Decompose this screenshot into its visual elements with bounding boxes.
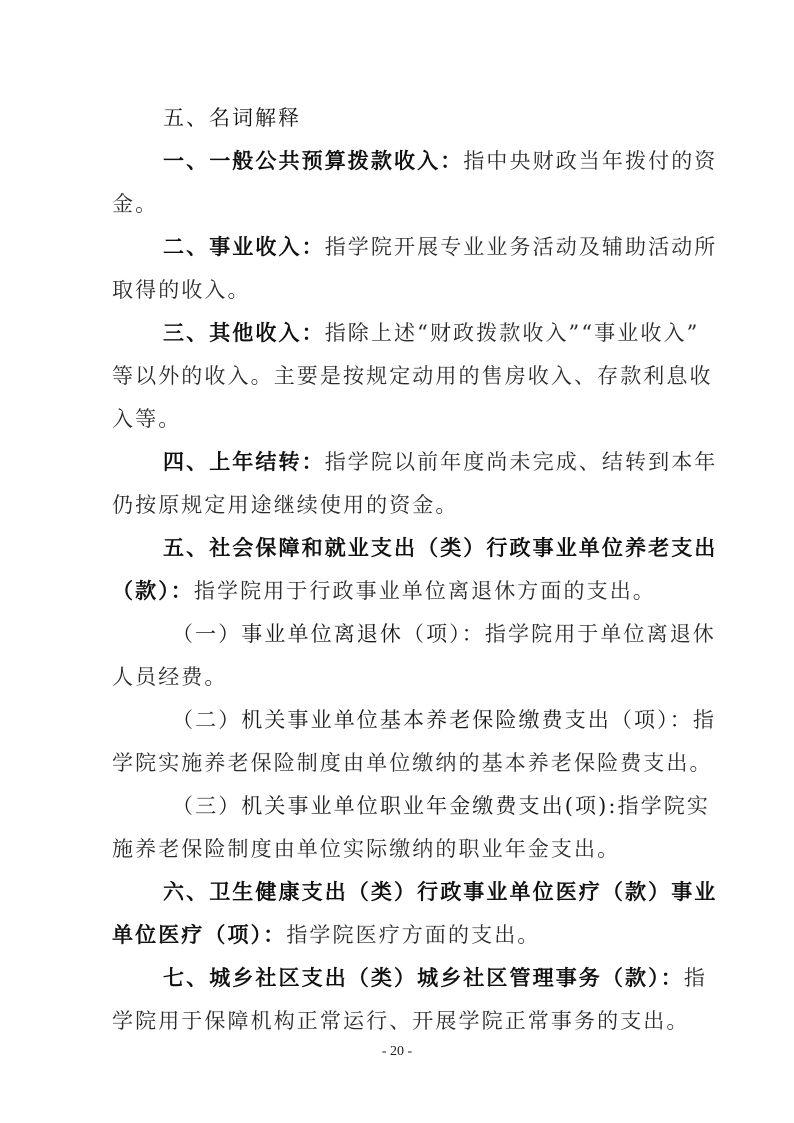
- definition-social-security: 五、社会保障和就业支出（类）行政事业单位养老支出: [163, 534, 674, 562]
- definition-continuation: 学院用于保障机构正常运行、开展学院正常事务的支出。: [112, 1007, 674, 1035]
- term: 二、事业收入：: [163, 234, 325, 259]
- definition-business-income: 二、事业收入：指学院开展专业业务活动及辅助活动所: [163, 233, 674, 261]
- definition-text: 取得的收入。: [112, 278, 251, 302]
- term: 六、卫生健康支出（类）行政事业单位医疗（款）事业: [163, 879, 717, 904]
- definition-text: 指学院医疗方面的支出。: [286, 923, 540, 947]
- definition-text: 指学院用于行政事业单位离退休方面的支出。: [194, 579, 656, 603]
- definition-text: 指: [684, 966, 707, 990]
- definition-text: 入等。: [112, 407, 181, 431]
- definition-text: 指除上述“财政拨款收入”“事业收入”: [325, 321, 700, 345]
- definition-other-income: 三、其他收入：指除上述“财政拨款收入”“事业收入”: [163, 319, 674, 347]
- term: （三）机关事业单位职业年金缴费支出(项):: [172, 794, 618, 818]
- definition-text: 金。: [112, 192, 158, 216]
- definition-health: 六、卫生健康支出（类）行政事业单位医疗（款）事业: [163, 878, 674, 906]
- definition-continuation: 金。: [112, 190, 674, 218]
- term: （款）：: [112, 578, 194, 603]
- page-number: - 20 -: [0, 1044, 794, 1060]
- definition-continuation: 入等。: [112, 405, 674, 433]
- definition-continuation: （款）：指学院用于行政事业单位离退休方面的支出。: [112, 577, 674, 605]
- section-heading: 五、名词解释: [163, 104, 674, 132]
- definition-basic-pension: （二）机关事业单位基本养老保险缴费支出（项）：指: [172, 706, 674, 734]
- definition-text: 指学院以前年度尚未完成、结转到本年: [325, 450, 718, 474]
- document-page: 五、名词解释 一、一般公共预算拨款收入：指中央财政当年拨付的资 金。 二、事业收…: [0, 0, 794, 1123]
- definition-text: 指学院实: [618, 794, 710, 818]
- term: 三、其他收入：: [163, 320, 325, 345]
- term: 一、一般公共预算拨款收入：: [163, 148, 463, 173]
- definition-text: 学院实施养老保险制度由单位缴纳的基本养老保险费支出。: [112, 751, 713, 775]
- definition-occupational-annuity: （三）机关事业单位职业年金缴费支出(项):指学院实: [172, 792, 674, 820]
- definition-urban-rural: 七、城乡社区支出（类）城乡社区管理事务（款）：指: [163, 964, 674, 992]
- term: 单位医疗（项）：: [112, 922, 286, 947]
- definition-text: 施养老保险制度由单位实际缴纳的职业年金支出。: [112, 837, 620, 861]
- definition-text: 仍按原规定用途继续使用的资金。: [112, 493, 459, 517]
- definition-general-budget: 一、一般公共预算拨款收入：指中央财政当年拨付的资: [163, 147, 674, 175]
- term: 七、城乡社区支出（类）城乡社区管理事务（款）：: [163, 965, 684, 990]
- term: 四、上年结转：: [163, 449, 325, 474]
- definition-text: 人员经费。: [112, 665, 228, 689]
- term: （一）事业单位离退休（项）：: [172, 622, 485, 646]
- definition-continuation: 取得的收入。: [112, 276, 674, 304]
- definition-continuation: 学院实施养老保险制度由单位缴纳的基本养老保险费支出。: [112, 749, 674, 777]
- definition-text: 指学院用于单位离退休: [485, 622, 716, 646]
- definition-continuation: 等以外的收入。主要是按规定动用的售房收入、存款利息收: [112, 362, 674, 390]
- definition-text: 学院用于保障机构正常运行、开展学院正常事务的支出。: [112, 1009, 690, 1033]
- definition-text: 指: [693, 708, 716, 732]
- definition-continuation: 人员经费。: [112, 663, 674, 691]
- definition-retirement: （一）事业单位离退休（项）：指学院用于单位离退休: [172, 620, 674, 648]
- definition-continuation: 施养老保险制度由单位实际缴纳的职业年金支出。: [112, 835, 674, 863]
- definition-continuation: 单位医疗（项）：指学院医疗方面的支出。: [112, 921, 674, 949]
- definition-text: 等以外的收入。主要是按规定动用的售房收入、存款利息收: [112, 364, 713, 388]
- term: 五、社会保障和就业支出（类）行政事业单位养老支出: [163, 535, 717, 560]
- definition-text: 指中央财政当年拨付的资: [463, 149, 717, 173]
- term: （二）机关事业单位基本养老保险缴费支出（项）：: [172, 708, 693, 732]
- definition-prior-year-carryover: 四、上年结转：指学院以前年度尚未完成、结转到本年: [163, 448, 674, 476]
- definition-text: 指学院开展专业业务活动及辅助活动所: [325, 235, 718, 259]
- definition-continuation: 仍按原规定用途继续使用的资金。: [112, 491, 674, 519]
